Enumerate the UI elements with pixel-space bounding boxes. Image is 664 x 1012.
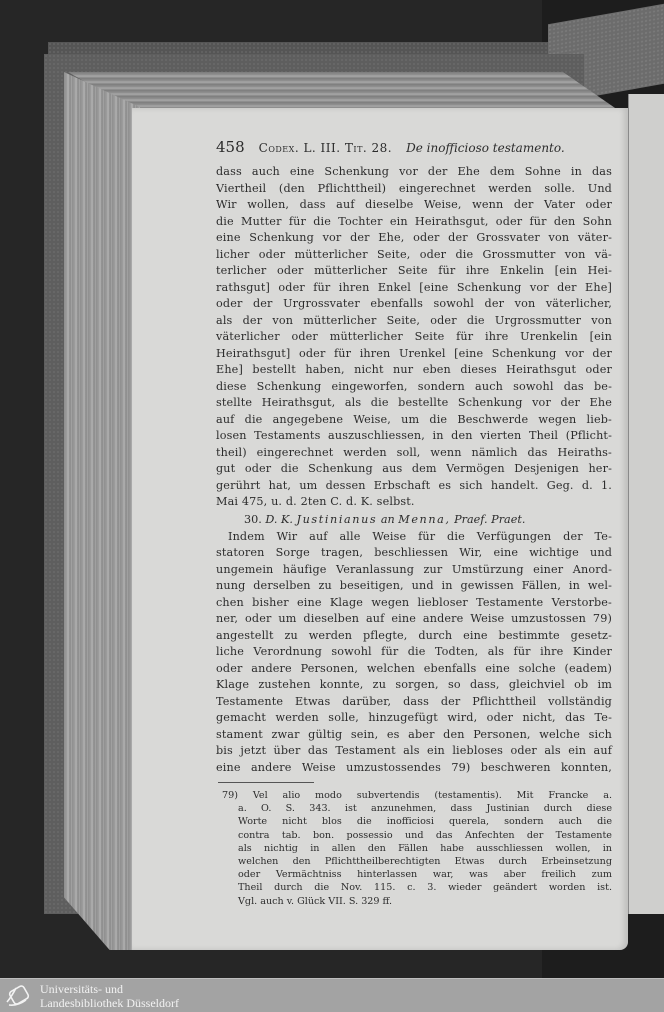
library-name: Universitäts- und Landesbibliothek Düsse… [40,982,179,1010]
body-paragraph-2: Indem Wir auf alle Weise für die Verfügu… [216,529,612,777]
library-book-logo-icon [4,982,34,1010]
text-line: eine andere Weise umzustossendes 79) bes… [216,760,612,777]
text-line: liche Verordnung sowohl für die Todten, … [216,644,612,661]
text-line: terlicher oder mütterlicher Seite für ih… [216,263,612,280]
section-heading: 30. D. K. Justinianus an Menna, Praef. P… [244,511,612,529]
page-number: 458 [216,138,245,156]
footnote-line: 79) Vel alio modo subvertendis (testamen… [222,789,612,802]
text-line: chen bisher eine Klage wegen liebloser T… [216,595,612,612]
footnote-line: Theil durch die Nov. 115. c. 3. wieder g… [222,881,612,894]
text-line: oder andere Personen, welchen ebenfalls … [216,661,612,678]
library-name-line2: Landesbibliothek Düsseldorf [40,996,179,1010]
section-number: 30. [244,513,262,526]
library-name-line1: Universitäts- und [40,982,179,996]
section-recipient: Menna, [398,513,450,526]
text-line: losen Testaments auszuschliessen, in den… [216,428,612,445]
footnote-rule [218,782,314,783]
footnote-line: a. O. S. 343. ist anzunehmen, dass Justi… [222,802,612,815]
text-line: auf die angegebene Weise, um die Beschwe… [216,412,612,429]
text-line: Klage zustehen konnte, zu sorgen, so das… [216,677,612,694]
text-line: Wir wollen, dass auf dieselbe Weise, wen… [216,197,612,214]
footnote-79: 79) Vel alio modo subvertendis (testamen… [216,789,612,908]
text-line: angestellt zu werden pflegte, durch eine… [216,628,612,645]
footnote-line: contra tab. bon. possessio und das Anfec… [222,829,612,842]
text-line: statoren Sorge tragen, beschliessen Wir,… [216,545,612,562]
section-emperor: Justinianus [297,513,378,526]
text-line: diese Schenkung eingeworfen, sondern auc… [216,379,612,396]
text-line: Mai 475, u. d. 2ten C. d. K. selbst. [216,494,612,511]
running-head: 458 Codex. L. III. Tit. 28. De inofficio… [216,138,612,156]
text-line: Indem Wir auf alle Weise für die Verfügu… [216,529,612,546]
text-line: licher oder mütterlicher Seite, oder die… [216,247,612,264]
running-head-subject: De inofficioso testamento. [406,141,565,155]
text-line: Testamente Etwas darüber, dass der Pflic… [216,694,612,711]
footnote-line: als nichtig in allen den Fällen habe aus… [222,842,612,855]
text-line: ungemein häufige Veranlassung zur Umstür… [216,562,612,579]
text-line: nung derselben zu beseitigen, und in gew… [216,578,612,595]
text-line: stament zwar gültig sein, es aber den Pe… [216,727,612,744]
text-line: gemacht werden solle, hinzugefügt wird, … [216,710,612,727]
footnote-line: Vgl. auch v. Glück VII. S. 329 ff. [222,895,612,908]
footnote-line: welchen den Pflichttheilberechtigten Etw… [222,855,612,868]
text-line: oder der Urgrossvater ebenfalls sowohl d… [216,296,612,313]
page-text-block: 458 Codex. L. III. Tit. 28. De inofficio… [216,138,612,908]
text-line: als der von mütterlicher Seite, oder die… [216,313,612,330]
text-line: eine Schenkung vor der Ehe, oder der Gro… [216,230,612,247]
text-line: ner, oder um dieselben auf eine andere W… [216,611,612,628]
facing-page-edge [628,94,664,914]
library-footer-bar: Universitäts- und Landesbibliothek Düsse… [0,978,664,1012]
text-line: rathsgut] oder für ihren Enkel [eine Sch… [216,280,612,297]
page-edges-left [64,72,140,950]
text-line: bis jetzt über das Testament als ein lie… [216,743,612,760]
section-to: an [381,513,395,526]
text-line: Viertheil (den Pflichttheil) eingerechne… [216,181,612,198]
text-line: gerührt hat, um dessen Erbschaft es sich… [216,478,612,495]
text-line: die Mutter für die Tochter ein Heirathsg… [216,214,612,231]
scan-background: 458 Codex. L. III. Tit. 28. De inofficio… [0,0,664,978]
text-line: väterlicher oder mütterlicher Seite für … [216,329,612,346]
footnote-line: oder Vermächtniss hinterlassen war, was … [222,868,612,881]
text-line: gut oder die Schenkung aus dem Vermögen … [216,461,612,478]
text-line: Ehe] bestellt haben, nicht nur eben dies… [216,362,612,379]
section-title: Praef. Praet. [454,513,525,526]
footnote-line: Worte nicht blos die inofficiosi querela… [222,815,612,828]
page-edges-top [68,72,618,110]
text-line: dass auch eine Schenkung vor der Ehe dem… [216,164,612,181]
running-head-title: Codex. L. III. Tit. 28. [259,141,392,155]
body-paragraph-1: dass auch eine Schenkung vor der Ehe dem… [216,164,612,511]
text-line: stellte Heirathsgut, als die bestellte S… [216,395,612,412]
text-line: Heirathsgut] oder für ihren Urenkel [ein… [216,346,612,363]
text-line: theil) eingerechnet werden soll, wenn nä… [216,445,612,462]
section-prefix: D. K. [265,513,293,526]
